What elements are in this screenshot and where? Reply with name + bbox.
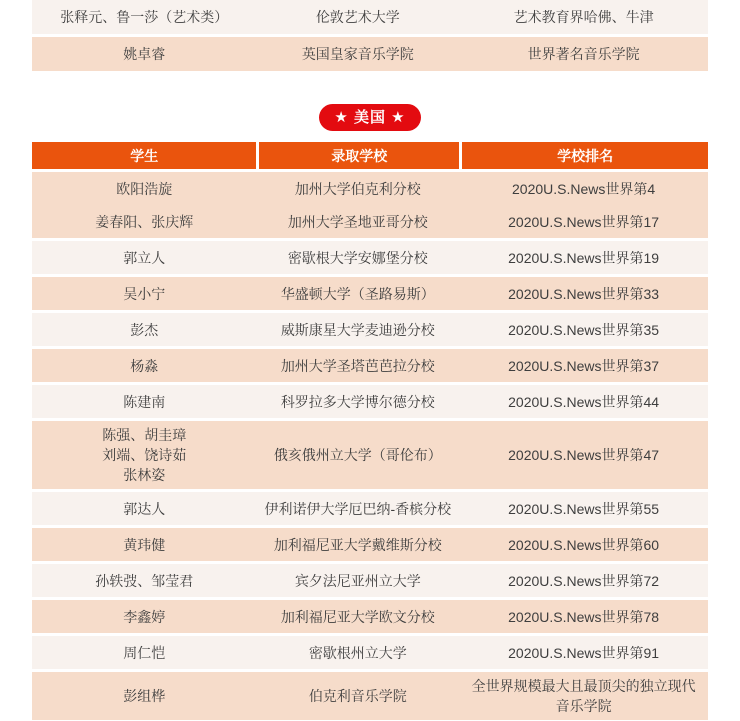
ranking-cell: 2020U.S.News世界第37 (459, 352, 708, 380)
school-cell: 加州大学圣地亚哥分校 (256, 208, 459, 236)
student-cell: 吴小宁 (32, 280, 256, 308)
header-cell-student: 学生 (32, 142, 256, 169)
table-row: 陈建南科罗拉多大学博尔德分校2020U.S.News世界第44 (32, 385, 708, 418)
badge-row: ★ 美国 ★ (0, 104, 740, 131)
student-cell: 陈强、胡圭璋刘端、饶诗茹张林姿 (32, 421, 256, 489)
student-cell: 郭达人 (32, 495, 256, 523)
ranking-cell: 2020U.S.News世界第4 (459, 175, 708, 203)
student-cell: 黄玮健 (32, 531, 256, 559)
ranking-cell: 2020U.S.News世界第33 (459, 280, 708, 308)
table-row: 黄玮健加利福尼亚大学戴维斯分校2020U.S.News世界第60 (32, 528, 708, 561)
ranking-cell: 全世界规模最大且最顶尖的独立现代音乐学院 (459, 672, 708, 720)
table-row: 彭杰威斯康星大学麦迪逊分校2020U.S.News世界第35 (32, 313, 708, 346)
school-cell: 密歇根州立大学 (256, 639, 459, 667)
ranking-cell: 2020U.S.News世界第91 (459, 639, 708, 667)
school-cell: 威斯康星大学麦迪逊分校 (256, 316, 459, 344)
us-table-header: 学生 录取学校 学校排名 (32, 142, 708, 169)
table-row: 吴小宁华盛顿大学（圣路易斯）2020U.S.News世界第33 (32, 277, 708, 310)
header-cell-school: 录取学校 (256, 142, 459, 169)
ranking-cell: 2020U.S.News世界第47 (459, 441, 708, 469)
page: 张释元、鲁一莎（艺术类）伦敦艺术大学艺术教育界哈佛、牛津姚卓睿英国皇家音乐学院世… (0, 0, 740, 720)
table-row: 李鑫婷加利福尼亚大学欧文分校2020U.S.News世界第78 (32, 600, 708, 633)
table-row: 欧阳浩旋加州大学伯克利分校2020U.S.News世界第4 (32, 172, 708, 205)
student-cell: 彭杰 (32, 316, 256, 344)
ranking-cell: 艺术教育界哈佛、牛津 (459, 3, 708, 31)
uk-table-body: 张释元、鲁一莎（艺术类）伦敦艺术大学艺术教育界哈佛、牛津姚卓睿英国皇家音乐学院世… (32, 0, 708, 71)
student-cell: 彭组桦 (32, 682, 256, 710)
student-cell: 孙轶弢、邹莹君 (32, 567, 256, 595)
school-cell: 伊利诺伊大学厄巴纳-香槟分校 (256, 495, 459, 523)
header-cell-ranking: 学校排名 (459, 142, 708, 169)
school-cell: 密歇根大学安娜堡分校 (256, 244, 459, 272)
table-row: 郭立人密歇根大学安娜堡分校2020U.S.News世界第19 (32, 241, 708, 274)
table-row: 姚卓睿英国皇家音乐学院世界著名音乐学院 (32, 37, 708, 71)
student-cell: 张释元、鲁一莎（艺术类） (32, 3, 256, 31)
school-cell: 伯克利音乐学院 (256, 682, 459, 710)
table-row: 张释元、鲁一莎（艺术类）伦敦艺术大学艺术教育界哈佛、牛津 (32, 0, 708, 34)
student-name-line: 陈强、胡圭璋 (40, 425, 248, 445)
table-row: 杨淼加州大学圣塔芭芭拉分校2020U.S.News世界第37 (32, 349, 708, 382)
ranking-cell: 2020U.S.News世界第72 (459, 567, 708, 595)
ranking-cell: 2020U.S.News世界第17 (459, 208, 708, 236)
student-cell: 姜春阳、张庆辉 (32, 208, 256, 236)
student-cell: 姚卓睿 (32, 40, 256, 68)
table-row: 郭达人伊利诺伊大学厄巴纳-香槟分校2020U.S.News世界第55 (32, 492, 708, 525)
school-cell: 加州大学圣塔芭芭拉分校 (256, 352, 459, 380)
us-table-body: 欧阳浩旋加州大学伯克利分校2020U.S.News世界第4姜春阳、张庆辉加州大学… (32, 172, 708, 720)
school-cell: 加利福尼亚大学欧文分校 (256, 603, 459, 631)
ranking-cell: 2020U.S.News世界第78 (459, 603, 708, 631)
school-cell: 英国皇家音乐学院 (256, 40, 459, 68)
school-cell: 加利福尼亚大学戴维斯分校 (256, 531, 459, 559)
table-row: 彭组桦伯克利音乐学院全世界规模最大且最顶尖的独立现代音乐学院 (32, 672, 708, 720)
school-cell: 伦敦艺术大学 (256, 3, 459, 31)
school-cell: 加州大学伯克利分校 (256, 175, 459, 203)
country-badge-usa: ★ 美国 ★ (319, 104, 420, 131)
us-table: 学生 录取学校 学校排名 欧阳浩旋加州大学伯克利分校2020U.S.News世界… (32, 142, 708, 720)
table-row: 陈强、胡圭璋刘端、饶诗茹张林姿俄亥俄州立大学（哥伦布）2020U.S.News世… (32, 421, 708, 489)
school-cell: 宾夕法尼亚州立大学 (256, 567, 459, 595)
uk-table: 张释元、鲁一莎（艺术类）伦敦艺术大学艺术教育界哈佛、牛津姚卓睿英国皇家音乐学院世… (32, 0, 708, 71)
student-cell: 陈建南 (32, 388, 256, 416)
table-row: 周仁恺密歇根州立大学2020U.S.News世界第91 (32, 636, 708, 669)
school-cell: 华盛顿大学（圣路易斯） (256, 280, 459, 308)
ranking-cell: 2020U.S.News世界第44 (459, 388, 708, 416)
student-cell: 杨淼 (32, 352, 256, 380)
student-cell: 郭立人 (32, 244, 256, 272)
school-cell: 科罗拉多大学博尔德分校 (256, 388, 459, 416)
student-cell: 周仁恺 (32, 639, 256, 667)
ranking-cell: 2020U.S.News世界第60 (459, 531, 708, 559)
ranking-cell: 2020U.S.News世界第55 (459, 495, 708, 523)
student-cell: 李鑫婷 (32, 603, 256, 631)
student-name-line: 刘端、饶诗茹 (40, 445, 248, 465)
school-cell: 俄亥俄州立大学（哥伦布） (256, 441, 459, 469)
student-name-line: 张林姿 (40, 465, 248, 485)
student-cell: 欧阳浩旋 (32, 175, 256, 203)
ranking-cell: 2020U.S.News世界第19 (459, 244, 708, 272)
ranking-cell: 世界著名音乐学院 (459, 40, 708, 68)
table-row: 孙轶弢、邹莹君宾夕法尼亚州立大学2020U.S.News世界第72 (32, 564, 708, 597)
ranking-cell: 2020U.S.News世界第35 (459, 316, 708, 344)
table-row: 姜春阳、张庆辉加州大学圣地亚哥分校2020U.S.News世界第17 (32, 205, 708, 238)
